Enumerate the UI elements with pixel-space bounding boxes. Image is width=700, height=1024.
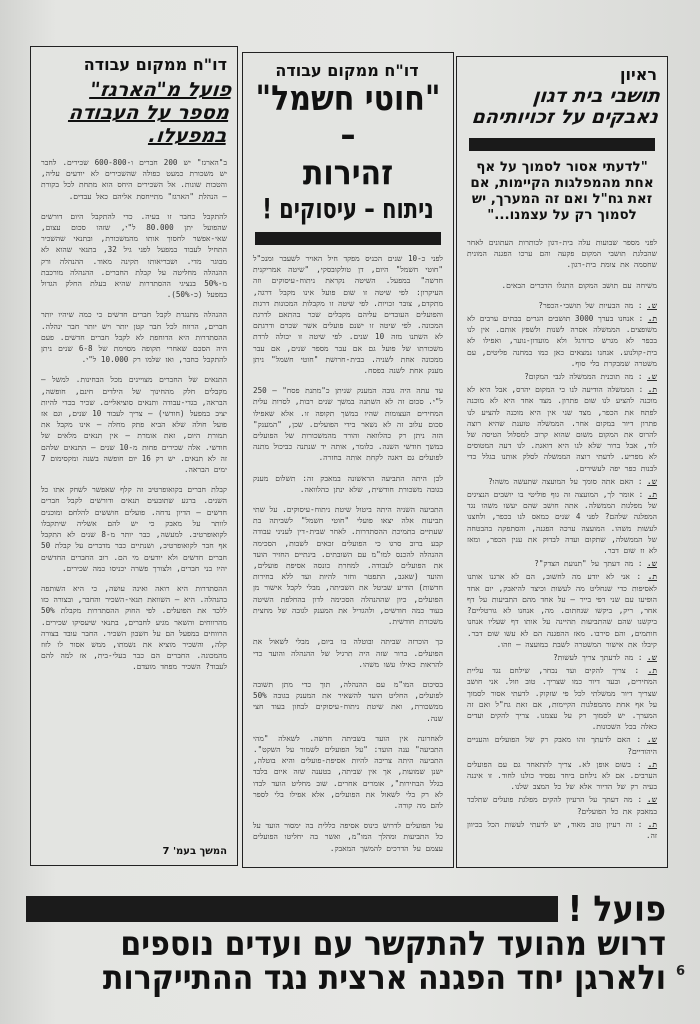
- qa-list: ש. : מה הבעיות של תושבי-הכפר?ת. : אנחנו …: [467, 300, 657, 841]
- qa-item: ת. : הממשלה הודיעה לנו כי המקום יהרס, אב…: [467, 384, 657, 474]
- qa-text: מה לדעתך צריך לעשות?: [553, 653, 633, 662]
- qa-label: ש.: [647, 559, 657, 568]
- qa-label: ת.: [648, 385, 657, 394]
- divider-bar: [255, 232, 441, 245]
- article-headline-line3: ניתוח – עיסוקים !: [251, 195, 445, 224]
- qa-label: ש.: [647, 477, 657, 486]
- qa-label: ש.: [647, 795, 657, 804]
- qa-label: ש.: [647, 735, 657, 744]
- article-kicker: דו"ח ממקום עבודה: [39, 55, 227, 74]
- qa-item: ש. : האם אתה סומך על המועצה שתעשה משהו?: [467, 476, 657, 487]
- qa-label: ת.: [648, 572, 657, 581]
- paragraph: התביעה השניה היתה ביטול שיטת ניתוח-עיסוק…: [253, 504, 443, 627]
- qa-text: האם לדעתך זהו מאבק רק של הפועלים והעניים…: [467, 735, 657, 755]
- paragraph: משיחה עם תושב המקום התגלו הדברים הבאים.: [467, 280, 657, 291]
- qa-item: ת. : אנחנו בערך 3000 תושבים הגרים בבתים …: [467, 313, 657, 369]
- qa-label: ת.: [648, 666, 657, 675]
- pull-quote: "לדעתי אסור לסמוך על אף אחת מהמפלגות הקי…: [465, 159, 659, 223]
- article-workplace-report-electric-wires: דו"ח ממקום עבודה "חוטי חשמל" – זהירות ני…: [242, 52, 454, 868]
- paragraph: על הפועלים לדרוש כינוס אסיפה כללית בה ימ…: [253, 820, 443, 854]
- paragraph: לאחרונה אין הועד בשביתה חדשה. לשאלה "מהי…: [253, 733, 443, 811]
- qa-text: מה דעתך על "תנועת הצדק"?: [534, 559, 633, 568]
- article-body: ב"הארגז" יש 200 חברים ו-600-800 שכירים. …: [41, 157, 227, 673]
- qa-item: ת. : אני לא יודע מה לחשוב, הם לא ארגנו א…: [467, 571, 657, 649]
- qa-text: צריך להקים ועד נבחר, שילחם נגד עליית המח…: [467, 666, 657, 731]
- footer-black-bar: [26, 896, 558, 922]
- qa-label: ש.: [647, 372, 657, 381]
- qa-item: ת. : זה רעיון טוב מאוד, יש לדעתי לעשות ה…: [467, 819, 657, 841]
- qa-text: מה הבעיות של תושבי-הכפר?: [538, 301, 633, 310]
- qa-text: הממשלה הודיעה לנו כי המקום יהרס, אבל היא…: [467, 385, 657, 472]
- qa-item: ת. : בשום אופן לא. צריך להתאחד גם עם הפו…: [467, 759, 657, 793]
- qa-label: ש.: [647, 301, 657, 310]
- article-body: לפני כ-10 שנים הכניס מפקד חיל האויר לשעב…: [253, 253, 443, 854]
- qa-item: ש. : מה תוכנית הממשלה לגבי המקום?: [467, 371, 657, 382]
- qa-text: אומר לך, המועצה זה גוף פוליטי בו יושבים …: [467, 490, 657, 555]
- paragraph: להתקבל כחבר זו בעיה. כדי להתקבל היום דור…: [41, 211, 227, 301]
- article-workplace-report-haargaz: דו"ח ממקום עבודה פועל מ"הארגז" מספר על ה…: [30, 46, 238, 866]
- paragraph: לפני כ-10 שנים הכניס מפקד חיל האויר לשעב…: [253, 253, 443, 376]
- paragraph: כך הוכרזה שביתה ובוטלה בו ביום, מבלי לשא…: [253, 636, 443, 670]
- article-headline-line2: זהירות: [251, 156, 445, 193]
- article-kicker: ראיון: [465, 65, 657, 84]
- qa-item: ש. : מה דעתך על "תנועת הצדק"?: [467, 558, 657, 569]
- qa-text: מה תוכנית הממשלה לגבי המקום?: [524, 372, 633, 381]
- continued-on-page-link[interactable]: המשך בעמ' 7: [163, 846, 227, 857]
- qa-label: ש.: [647, 653, 657, 662]
- qa-item: ש. : מה לדעתך צריך לעשות?: [467, 652, 657, 663]
- paragraph: לפני מספר שבועות עלה בית-דגון לכותרות הע…: [467, 237, 657, 271]
- paragraph: ב"הארגז" יש 200 חברים ו-600-800 שכירים. …: [41, 157, 227, 202]
- paragraph: בסיכום המו"מ עם ההנהלה, תוך כדי מתן תשוב…: [253, 679, 443, 724]
- qa-text: אני לא יודע מה לחשוב, הם לא ארגנו אותנו …: [467, 572, 657, 648]
- qa-item: ש. : האם לדעתך זהו מאבק רק של הפועלים וה…: [467, 734, 657, 756]
- footer-slogan-line2: ולארגן יחד הפגנה ארצית נגד ההתייקרות: [26, 960, 666, 998]
- paragraph: ההנהלה מתנגדת לקבל חברים חדשים כי כמה שי…: [41, 309, 227, 365]
- article-headline: תושבי בית דגון נאבקים על זכויותיהם: [463, 86, 661, 128]
- qa-item: ת. : צריך להקים ועד נבחר, שילחם נגד עליי…: [467, 665, 657, 732]
- qa-text: מה דעתך על הרעיון להקים מפלגת פועלים שתל…: [467, 795, 657, 815]
- article-headline: פועל מ"הארגז" מספר על העבודה במפעלו.: [35, 78, 232, 147]
- footer-kicker: פועל !: [568, 888, 666, 930]
- qa-label: ת.: [648, 490, 657, 499]
- paragraph: לכן היתה התביעה הראשונה במאבק זה: תשלום …: [253, 473, 443, 495]
- qa-label: ת.: [648, 820, 657, 829]
- paragraph: התנאים של החברים מצויינים מכל הבחינות. ל…: [41, 374, 227, 475]
- qa-label: ת.: [648, 314, 657, 323]
- qa-text: זה רעיון טוב מאוד, יש לדעתי לעשות הכל בכ…: [467, 820, 657, 840]
- article-headline: "חוטי חשמל" –: [251, 81, 445, 155]
- article-body: לפני מספר שבועות עלה בית-דגון לכותרות הע…: [467, 237, 657, 841]
- divider-bar: [469, 138, 655, 151]
- qa-item: ת. : אומר לך, המועצה זה גוף פוליטי בו יו…: [467, 489, 657, 556]
- qa-text: האם אתה סומך על המועצה שתעשה משהו?: [488, 477, 633, 486]
- paragraph: קבלת חברים בקואופרטיב זה קלף שאפשר לשחק …: [41, 484, 227, 574]
- paragraph: עד עתה היה גובה המענק שניתן כ"מתנת פסח" …: [253, 385, 443, 463]
- qa-item: ש. : מה דעתך על הרעיון להקים מפלגת פועלי…: [467, 794, 657, 816]
- paragraph: ההסתדרות היא רואה ואינה עושה, כי היא השו…: [41, 583, 227, 673]
- qa-item: ש. : מה הבעיות של תושבי-הכפר?: [467, 300, 657, 311]
- qa-text: בשום אופן לא. צריך להתאחד גם עם הפועלים …: [467, 760, 657, 791]
- qa-label: ת.: [648, 760, 657, 769]
- article-interview: ראיון תושבי בית דגון נאבקים על זכויותיהם…: [456, 56, 668, 868]
- article-kicker: דו"ח ממקום עבודה: [251, 61, 443, 80]
- footer-banner: פועל ! דרוש מהועד להתקשר עם ועדים נוספים…: [26, 890, 666, 996]
- qa-text: אנחנו בערך 3000 תושבים הגרים בבתים ערבים…: [467, 314, 657, 368]
- page-number: 6: [676, 964, 685, 979]
